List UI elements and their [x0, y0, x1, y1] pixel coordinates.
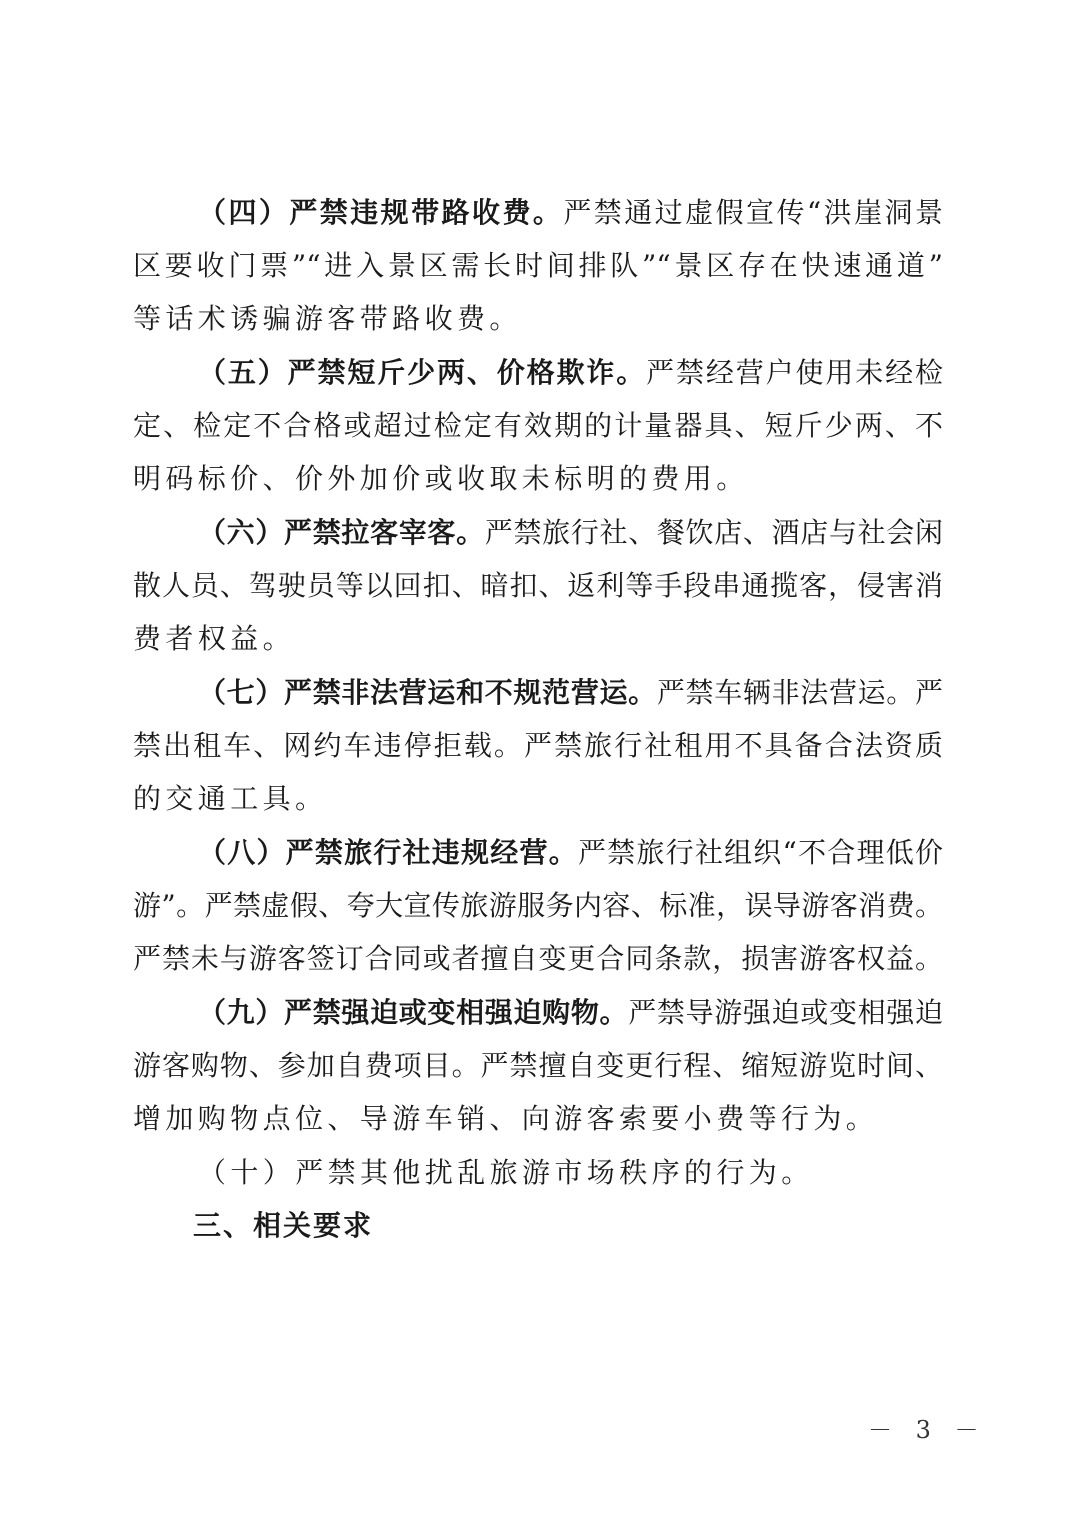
paragraph-text: 严禁车辆非法营运。严 [657, 676, 943, 709]
paragraph-line: （八）严禁旅行社违规经营。严禁旅行社组织“不合理低价 [133, 826, 943, 879]
section-heading: 三、相关要求 [133, 1199, 943, 1252]
paragraph-line: 的交通工具。 [133, 772, 943, 825]
paragraph-line: （七）严禁非法营运和不规范营运。严禁车辆非法营运。严 [133, 666, 943, 719]
paragraph-item-4: （四）严禁违规带路收费。严禁通过虚假宣传“洪崖洞景 区要收门票”“进入景区需长时… [133, 186, 943, 345]
paragraph-line: 增加购物点位、导游车销、向游客索要小费等行为。 [133, 1092, 943, 1145]
paragraph-text: 严禁通过虚假宣传“洪崖洞景 [563, 196, 943, 229]
paragraph-line: 禁出租车、网约车违停拒载。严禁旅行社租用不具备合法资质 [133, 719, 943, 772]
paragraph-lead: （七）严禁非法营运和不规范营运。 [198, 676, 657, 709]
paragraph-line: 严禁未与游客签订合同或者擅自变更合同条款，损害游客权益。 [133, 932, 943, 985]
paragraph-item-9: （九）严禁强迫或变相强迫购物。严禁导游强迫或变相强迫 游客购物、参加自费项目。严… [133, 986, 943, 1145]
paragraph-item-8: （八）严禁旅行社违规经营。严禁旅行社组织“不合理低价 游”。严禁虚假、夸大宣传旅… [133, 826, 943, 985]
paragraph-line: （十）严禁其他扰乱旅游市场秩序的行为。 [133, 1146, 943, 1199]
paragraph-text: 严禁旅行社、餐饮店、酒店与社会闲 [485, 516, 943, 549]
paragraph-text: 严禁经营户使用未经检 [646, 356, 943, 389]
paragraph-item-7: （七）严禁非法营运和不规范营运。严禁车辆非法营运。严 禁出租车、网约车违停拒载。… [133, 666, 943, 825]
paragraph-line: 散人员、驾驶员等以回扣、暗扣、返利等手段串通揽客，侵害消 [133, 559, 943, 612]
document-page: （四）严禁违规带路收费。严禁通过虚假宣传“洪崖洞景 区要收门票”“进入景区需长时… [133, 186, 943, 1252]
paragraph-item-10: （十）严禁其他扰乱旅游市场秩序的行为。 [133, 1146, 943, 1199]
paragraph-line: 等话术诱骗游客带路收费。 [133, 292, 943, 345]
paragraph-lead: （八）严禁旅行社违规经营。 [198, 836, 578, 869]
paragraph-line: （九）严禁强迫或变相强迫购物。严禁导游强迫或变相强迫 [133, 986, 943, 1039]
paragraph-line: 费者权益。 [133, 612, 943, 665]
paragraph-lead: （九）严禁强迫或变相强迫购物。 [198, 996, 628, 1029]
paragraph-line: （六）严禁拉客宰客。严禁旅行社、餐饮店、酒店与社会闲 [133, 506, 943, 559]
paragraph-lead: （五）严禁短斤少两、价格欺诈。 [198, 356, 646, 389]
paragraph-line: 定、检定不合格或超过检定有效期的计量器具、短斤少两、不 [133, 399, 943, 452]
paragraph-item-5: （五）严禁短斤少两、价格欺诈。严禁经营户使用未经检 定、检定不合格或超过检定有效… [133, 346, 943, 505]
paragraph-lead: （六）严禁拉客宰客。 [198, 516, 485, 549]
paragraph-item-6: （六）严禁拉客宰客。严禁旅行社、餐饮店、酒店与社会闲 散人员、驾驶员等以回扣、暗… [133, 506, 943, 665]
paragraph-line: 游客购物、参加自费项目。严禁擅自变更行程、缩短游览时间、 [133, 1039, 943, 1092]
paragraph-line: 游”。严禁虚假、夸大宣传旅游服务内容、标准，误导游客消费。 [133, 879, 943, 932]
paragraph-text: 严禁旅行社组织“不合理低价 [578, 836, 943, 869]
paragraph-line: （五）严禁短斤少两、价格欺诈。严禁经营户使用未经检 [133, 346, 943, 399]
paragraph-line: （四）严禁违规带路收费。严禁通过虚假宣传“洪崖洞景 [133, 186, 943, 239]
paragraph-text: 严禁导游强迫或变相强迫 [628, 996, 943, 1029]
page-number: － 3 － [868, 1410, 987, 1445]
paragraph-line: 明码标价、价外加价或收取未标明的费用。 [133, 452, 943, 505]
paragraph-lead: （四）严禁违规带路收费。 [198, 196, 563, 229]
paragraph-line: 区要收门票”“进入景区需长时间排队”“景区存在快速通道” [133, 239, 943, 292]
